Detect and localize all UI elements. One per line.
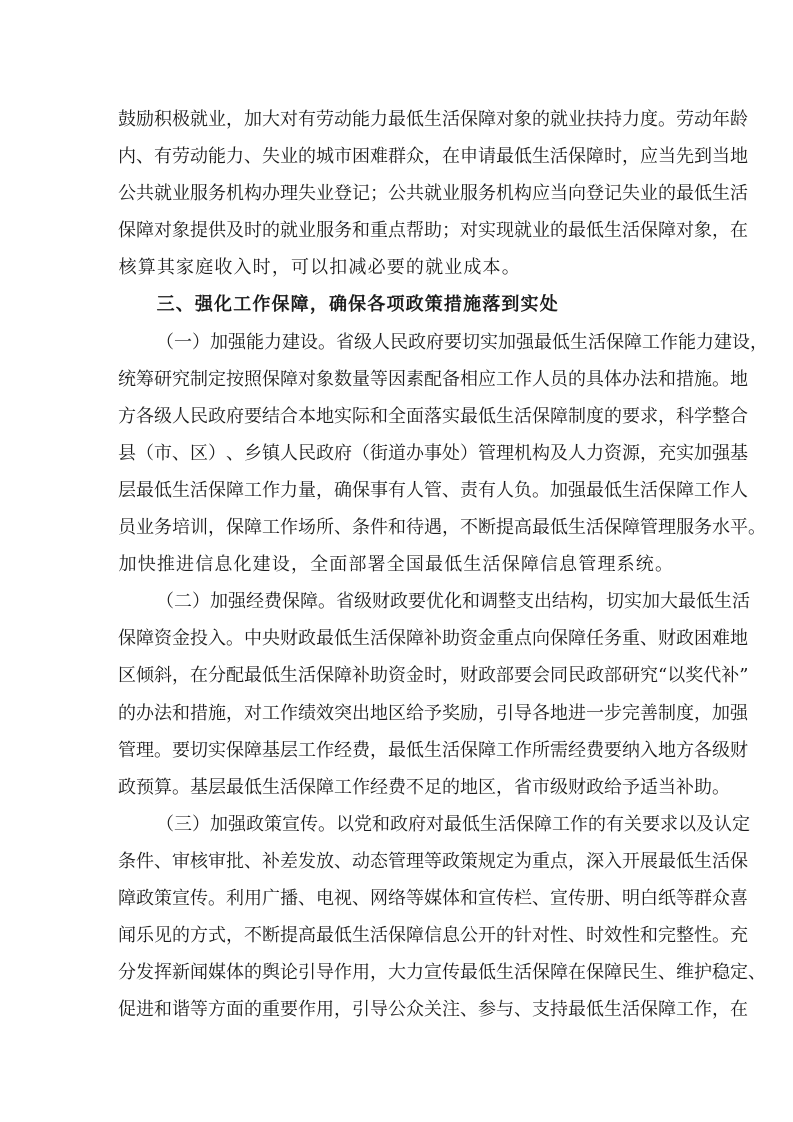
text-line: 区倾斜，在分配最低生活保障补助资金时，财政部要会同民政部研究“以奖代补” <box>118 662 674 699</box>
text-line: 层最低生活保障工作力量，确保事有人管、责有人负。加强最低生活保障工作人 <box>118 477 674 514</box>
text-line: 公共就业服务机构办理失业登记；公共就业服务机构应当向登记失业的最低生活 <box>118 180 674 217</box>
text-line: 加快推进信息化建设，全面部署全国最低生活保障信息管理系统。 <box>118 551 674 588</box>
text-line: 方各级人民政府要结合本地实际和全面落实最低生活保障制度的要求，科学整合 <box>118 403 674 440</box>
paragraph-employment-support: 鼓励积极就业，加大对有劳动能力最低生活保障对象的就业扶持力度。劳动年龄 内、有劳… <box>118 106 674 291</box>
text-line: 的办法和措施，对工作绩效突出地区给予奖励，引导各地进一步完善制度，加强 <box>118 700 674 737</box>
text-line: 核算其家庭收入时，可以扣减必要的就业成本。 <box>118 254 674 291</box>
paragraph-policy-publicity: （三）加强政策宣传。以党和政府对最低生活保障工作的有关要求以及认定 条件、审核审… <box>118 811 674 1034</box>
text-line: （三）加强政策宣传。以党和政府对最低生活保障工作的有关要求以及认定 <box>118 811 674 848</box>
text-line: 县（市、区）、乡镇人民政府（街道办事处）管理机构及人力资源，充实加强基 <box>118 440 674 477</box>
document-page: 鼓励积极就业，加大对有劳动能力最低生活保障对象的就业扶持力度。劳动年龄 内、有劳… <box>118 106 674 1033</box>
text-line: （一）加强能力建设。省级人民政府要切实加强最低生活保障工作能力建设， <box>118 329 674 366</box>
text-line: 统筹研究制定按照保障对象数量等因素配备相应工作人员的具体办法和措施。地 <box>118 366 674 403</box>
heading-line: 三、强化工作保障，确保各项政策措施落到实处 <box>118 291 674 328</box>
text-line: 员业务培训，保障工作场所、条件和待遇，不断提高最低生活保障管理服务水平。 <box>118 514 674 551</box>
text-line: （二）加强经费保障。省级财政要优化和调整支出结构，切实加大最低生活 <box>118 588 674 625</box>
text-line: 条件、审核审批、补差发放、动态管理等政策规定为重点，深入开展最低生活保 <box>118 848 674 885</box>
text-line: 内、有劳动能力、失业的城市困难群众，在申请最低生活保障时，应当先到当地 <box>118 143 674 180</box>
section-heading-three: 三、强化工作保障，确保各项政策措施落到实处 <box>118 291 674 328</box>
paragraph-funding-guarantee: （二）加强经费保障。省级财政要优化和调整支出结构，切实加大最低生活 保障资金投入… <box>118 588 674 811</box>
text-line: 闻乐见的方式，不断提高最低生活保障信息公开的针对性、时效性和完整性。充 <box>118 922 674 959</box>
text-line: 管理。要切实保障基层工作经费，最低生活保障工作所需经费要纳入地方各级财 <box>118 737 674 774</box>
text-line: 障政策宣传。利用广播、电视、网络等媒体和宣传栏、宣传册、明白纸等群众喜 <box>118 885 674 922</box>
text-line: 鼓励积极就业，加大对有劳动能力最低生活保障对象的就业扶持力度。劳动年龄 <box>118 106 674 143</box>
text-line: 政预算。基层最低生活保障工作经费不足的地区，省市级财政给予适当补助。 <box>118 774 674 811</box>
text-line: 保障资金投入。中央财政最低生活保障补助资金重点向保障任务重、财政困难地 <box>118 625 674 662</box>
text-line: 分发挥新闻媒体的舆论引导作用，大力宣传最低生活保障在保障民生、维护稳定、 <box>118 959 674 996</box>
text-line: 促进和谐等方面的重要作用，引导公众关注、参与、支持最低生活保障工作，在 <box>118 996 674 1033</box>
text-line: 保障对象提供及时的就业服务和重点帮助；对实现就业的最低生活保障对象，在 <box>118 217 674 254</box>
paragraph-capacity-building: （一）加强能力建设。省级人民政府要切实加强最低生活保障工作能力建设， 统筹研究制… <box>118 329 674 589</box>
